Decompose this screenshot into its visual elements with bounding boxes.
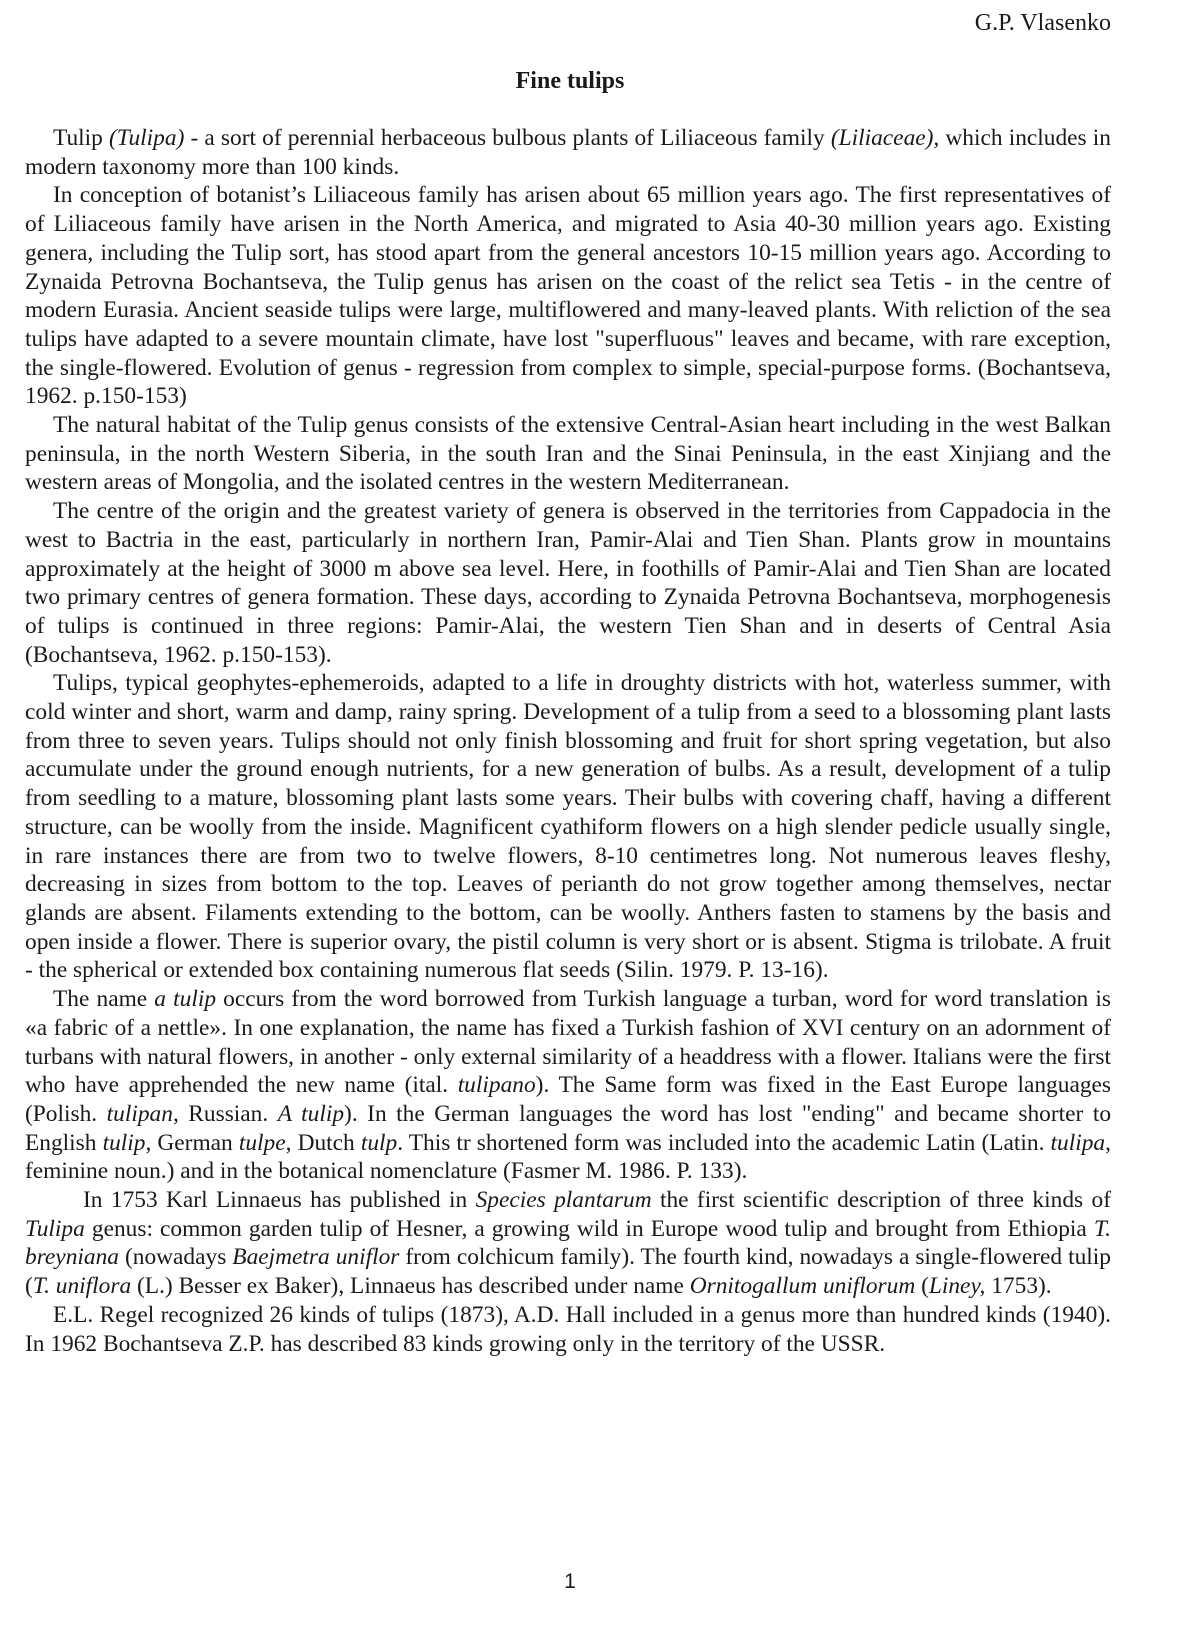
paragraph: The centre of the origin and the greates… — [25, 497, 1111, 669]
italic-term: A tulip — [278, 1101, 344, 1127]
text-run: the first scientific description of thre… — [652, 1187, 1111, 1213]
text-run: ( — [915, 1273, 929, 1299]
italic-term: a tulip — [154, 986, 216, 1012]
italic-term: Tulipa — [25, 1216, 85, 1242]
italic-term: Ornitogallum uniflorum — [690, 1273, 915, 1299]
italic-term: tulipa — [1051, 1130, 1106, 1156]
italic-term: Species plantarum — [476, 1187, 652, 1213]
text-run: The natural habitat of the Tulip genus c… — [25, 412, 1111, 495]
document-page: G.P. Vlasenko Fine tulips Tulip (Tulipa)… — [0, 0, 1181, 1643]
text-run: (L.) Besser ex Baker), Linnaeus has desc… — [131, 1273, 690, 1299]
paragraph: In conception of botanist’s Liliaceous f… — [25, 181, 1111, 411]
text-run: Tulips, typical geophytes-ephemeroids, a… — [25, 670, 1111, 983]
paragraph: Tulips, typical geophytes-ephemeroids, a… — [25, 669, 1111, 985]
italic-term: tulpe — [239, 1130, 286, 1156]
italic-term: tulp — [361, 1130, 397, 1156]
text-run: , German — [145, 1130, 238, 1156]
document-body: Tulip (Tulipa) - a sort of perennial her… — [25, 124, 1111, 1358]
text-run: In conception of botanist’s Liliaceous f… — [25, 182, 1111, 409]
italic-term: (Liliaceae), — [831, 125, 939, 151]
text-run: - a sort of perennial herbaceous bulbous… — [184, 125, 830, 151]
text-run: The centre of the origin and the greates… — [25, 498, 1111, 668]
paragraph: E.L. Regel recognized 26 kinds of tulips… — [25, 1301, 1111, 1358]
italic-term: T. uniflora — [33, 1273, 131, 1299]
text-run: 1753). — [985, 1273, 1051, 1299]
text-run: (nowadays — [119, 1244, 232, 1270]
italic-term: Baejmetra uniflor — [232, 1244, 399, 1270]
italic-term: Liney, — [929, 1273, 986, 1299]
text-run: , Dutch — [286, 1130, 361, 1156]
paragraph: The natural habitat of the Tulip genus c… — [25, 411, 1111, 497]
paragraph: Tulip (Tulipa) - a sort of perennial her… — [25, 124, 1111, 181]
text-run: The name — [53, 986, 154, 1012]
italic-term: tulipan — [107, 1101, 173, 1127]
italic-term: tulipano — [458, 1072, 536, 1098]
text-run: genus: common garden tulip of Hesner, a … — [85, 1216, 1094, 1242]
text-run: Tulip — [53, 125, 109, 151]
italic-term: tulip — [103, 1130, 146, 1156]
italic-term: (Tulipa) — [109, 125, 184, 151]
page-number: 1 — [0, 1570, 1140, 1594]
author-name: G.P. Vlasenko — [975, 8, 1111, 38]
text-run: In 1753 Karl Linnaeus has published in — [83, 1187, 476, 1213]
paragraph: In 1753 Karl Linnaeus has published in S… — [25, 1186, 1111, 1301]
text-run: . This tr shortened form was included in… — [397, 1130, 1050, 1156]
text-run: E.L. Regel recognized 26 kinds of tulips… — [25, 1302, 1111, 1357]
document-title: Fine tulips — [0, 66, 1140, 96]
text-run: , Russian. — [173, 1101, 278, 1127]
paragraph: The name a tulip occurs from the word bo… — [25, 985, 1111, 1186]
